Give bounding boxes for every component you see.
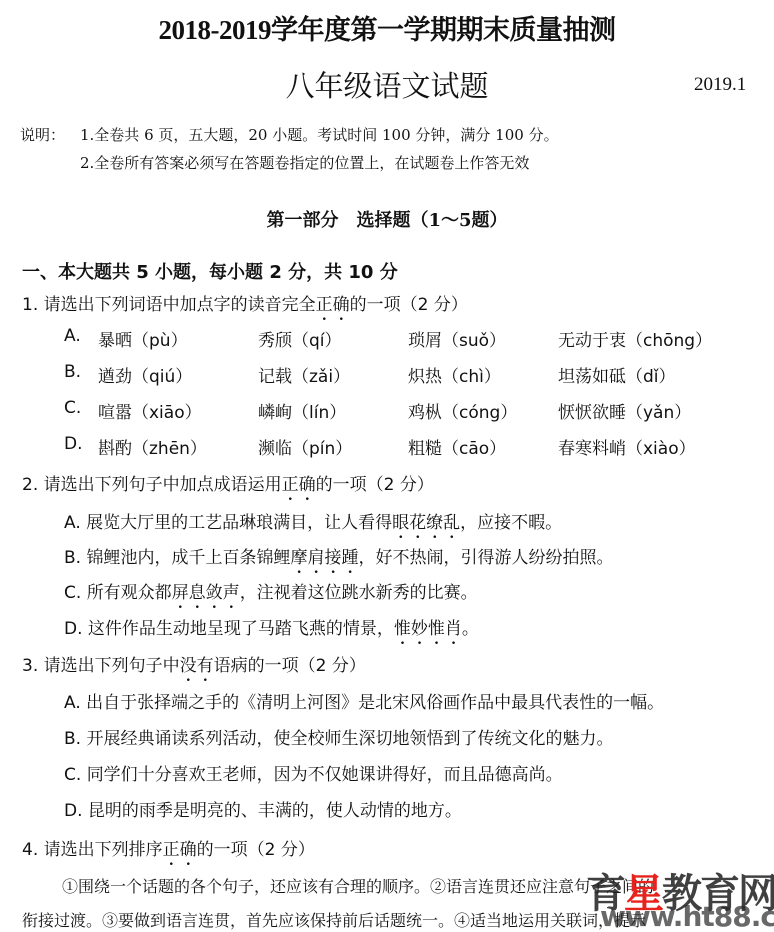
option-item: 炽热（chì） [408, 362, 501, 387]
option-item: 嶙峋（lín） [258, 398, 346, 423]
question-number: 2. [22, 475, 38, 495]
option-label: C. [64, 398, 81, 418]
option-label: A. [64, 326, 81, 346]
q3-option-c: C. 同学们十分喜欢王老师，因为不仅她课讲得好，而且品德高尚。 [64, 760, 563, 785]
question-number: 1. [22, 295, 38, 315]
emphasis-text: 正确 [316, 295, 350, 315]
exam-date: 2019.1 [694, 74, 746, 96]
option-item: 春寒料峭（xiào） [558, 434, 696, 459]
option-item: 无动于衷（chōng） [558, 326, 712, 351]
emphasis-text: 屏息敛声 [172, 583, 240, 603]
emphasis-text: 惟妙惟肖 [394, 619, 462, 639]
option-item: 恹恹欲睡（yǎn） [558, 398, 691, 423]
option-item: 琐屑（suǒ） [408, 326, 506, 351]
q2-option-a: A. 展览大厅里的工艺品琳琅满目，让人看得眼花缭乱，应接不暇。 [64, 508, 562, 543]
q3-option-b: B. 开展经典诵读系列活动，使全校师生深切地领悟到了传统文化的魅力。 [64, 724, 613, 749]
q3-option-a: A. 出自于张择端之手的《清明上河图》是北宋风俗画作品中最具代表性的一幅。 [64, 688, 664, 713]
q2-option-d: D. 这件作品生动地呈现了马踏飞燕的情景，惟妙惟肖。 [64, 614, 479, 649]
watermark-url: www.ht88.com [600, 900, 774, 932]
q2-option-c: C. 所有观众都屏息敛声，注视着这位跳水新秀的比赛。 [64, 578, 478, 613]
q4-passage-line-1: ①围绕一个话题的各个句子，还应该有合理的顺序。②语言连贯还应注意句子之间的 [62, 874, 654, 897]
question-number: 4. [22, 840, 38, 860]
option-item: 粗糙（cāo） [408, 434, 506, 459]
exam-subtitle: 八年级语文试题 [0, 64, 774, 105]
question-4: 4. 请选出下列排序正确的一项（2 分） [22, 835, 315, 870]
emphasis-text: 正确 [282, 475, 316, 495]
option-item: 记载（zǎi） [258, 362, 350, 387]
option-label: B. [64, 362, 81, 382]
option-item: 坦荡如砥（dǐ） [558, 362, 676, 387]
option-label: D. [64, 434, 83, 454]
notes-line-2: 2.全卷所有答案必须写在答题卷指定的位置上，在试题卷上作答无效 [80, 152, 529, 173]
section-1-title: 一、本大题共 5 小题，每小题 2 分，共 10 分 [22, 258, 398, 284]
question-1: 1. 请选出下列词语中加点字的读音完全正确的一项（2 分） [22, 290, 468, 325]
notes-label: 说明： [20, 124, 65, 145]
notes-line-1: 1.全卷共 6 页，五大题，20 小题。考试时间 100 分钟，满分 100 分… [80, 124, 559, 145]
q4-passage-line-2: 衔接过渡。③要做到语言连贯，首先应该保持前后话题统一。④适当地运用关联词，提示 [22, 908, 646, 931]
option-item: 暴晒（pù） [98, 326, 188, 351]
question-number: 3. [22, 656, 38, 676]
option-item: 喧嚣（xiāo） [98, 398, 202, 423]
emphasis-text: 眼花缭乱 [392, 513, 460, 533]
emphasis-text: 正确 [163, 840, 197, 860]
part-1-title: 第一部分 选择题（1～5题） [0, 206, 774, 232]
question-2: 2. 请选出下列句子中加点成语运用正确的一项（2 分） [22, 470, 434, 505]
emphasis-text: 摩肩接踵 [290, 548, 358, 568]
option-item: 斟酌（zhēn） [98, 434, 207, 459]
question-3: 3. 请选出下列句子中没有语病的一项（2 分） [22, 651, 366, 686]
q3-option-d: D. 昆明的雨季是明亮的、丰满的，使人动情的地方。 [64, 796, 462, 821]
emphasis-text: 没有 [180, 656, 214, 676]
option-item: 遒劲（qiú） [98, 362, 192, 387]
q2-option-b: B. 锦鲤池内，成千上百条锦鲤摩肩接踵，好不热闹，引得游人纷纷拍照。 [64, 543, 613, 578]
option-item: 鸡枞（cóng） [408, 398, 517, 423]
option-item: 濒临（pín） [258, 434, 352, 459]
option-item: 秀颀（qí） [258, 326, 342, 351]
exam-title: 2018-2019学年度第一学期期末质量抽测 [0, 8, 774, 47]
